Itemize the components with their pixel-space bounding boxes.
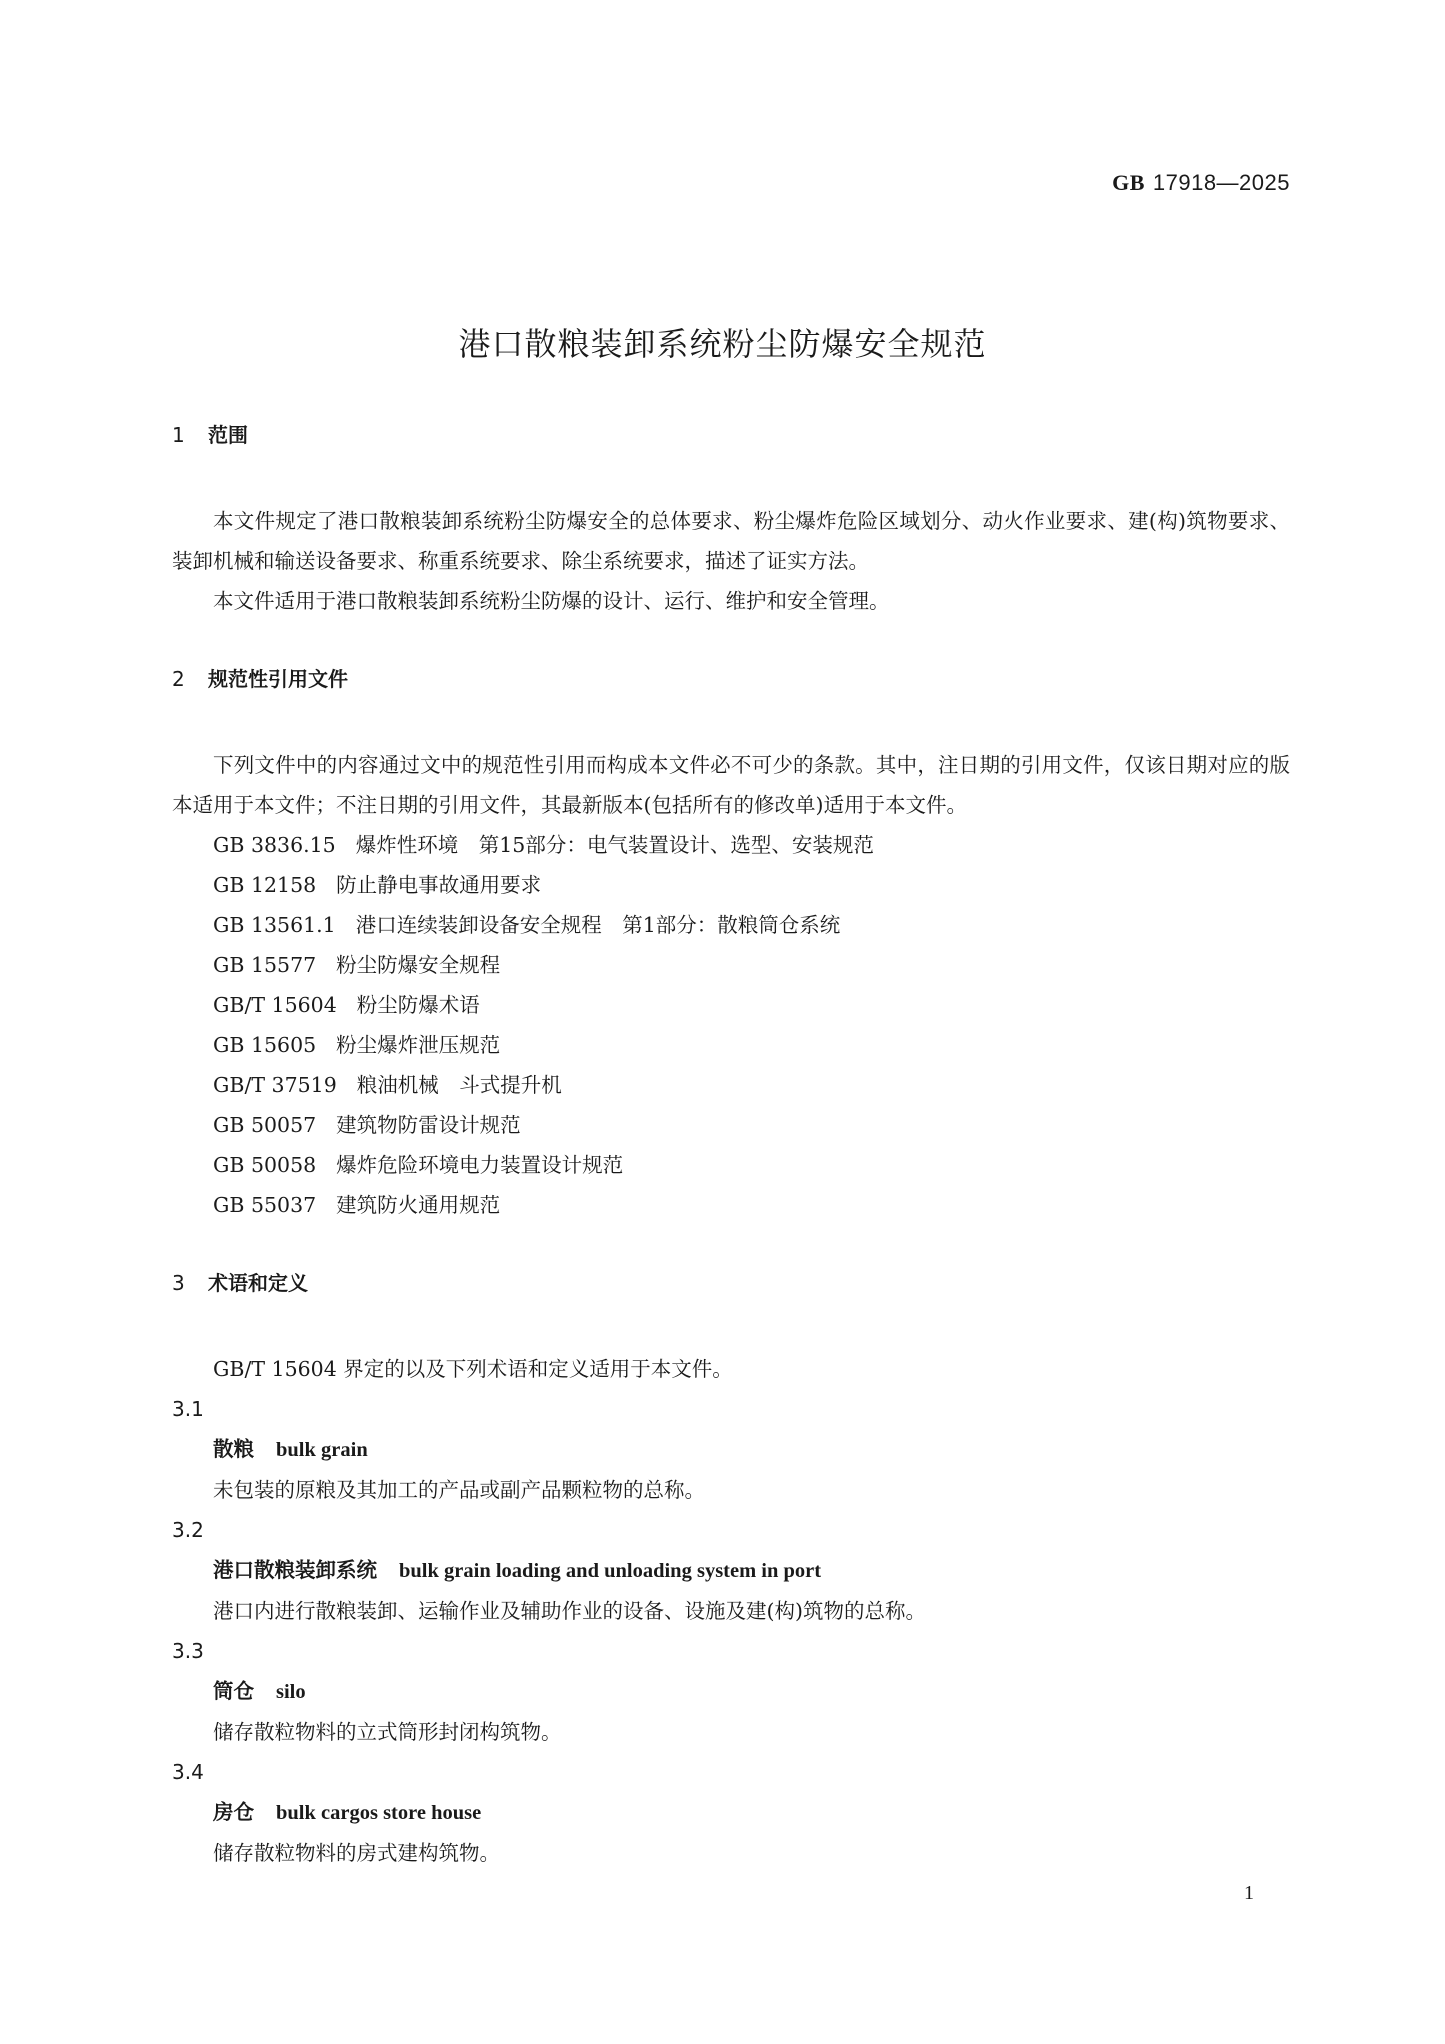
reference-item: GB 50057建筑物防雷设计规范 <box>172 1105 1290 1145</box>
reference-item: GB 3836.15爆炸性环境 第15部分：电气装置设计、选型、安装规范 <box>172 825 1290 865</box>
reference-item: GB 15605粉尘爆炸泄压规范 <box>172 1025 1290 1065</box>
reference-title: 粉尘防爆术语 <box>357 993 480 1017</box>
paragraph: 下列文件中的内容通过文中的规范性引用而构成本文件必不可少的条款。其中，注日期的引… <box>172 745 1290 825</box>
standard-number: 17918—2025 <box>1153 170 1290 195</box>
term-entry: 3.4 房仓bulk cargos store house 储存散粒物料的房式建… <box>172 1752 1290 1873</box>
reference-title: 粉尘爆炸泄压规范 <box>336 1033 500 1057</box>
document-title: 港口散粮装卸系统粉尘防爆安全规范 <box>0 319 1445 365</box>
reference-code: GB 12158 <box>213 865 316 905</box>
document-page: GB17918—2025 港口散粮装卸系统粉尘防爆安全规范 1范围 本文件规定了… <box>0 0 1445 2044</box>
reference-code: GB 15605 <box>213 1025 316 1065</box>
section-title: 范围 <box>208 423 248 447</box>
reference-title: 爆炸性环境 第15部分：电气装置设计、选型、安装规范 <box>356 833 874 857</box>
reference-item: GB 55037建筑防火通用规范 <box>172 1185 1290 1225</box>
term-name-zh: 港口散粮装卸系统 <box>213 1558 377 1582</box>
term-name: 散粮bulk grain <box>172 1429 1290 1470</box>
section-terms-definitions: 3术语和定义 GB/T 15604 界定的以及下列术语和定义适用于本文件。 3.… <box>172 1263 1290 1873</box>
term-number: 3.2 <box>172 1510 1290 1550</box>
reference-code: GB 55037 <box>213 1185 316 1225</box>
term-name: 房仓bulk cargos store house <box>172 1792 1290 1833</box>
reference-title: 港口连续装卸设备安全规程 第1部分：散粮筒仓系统 <box>356 913 841 937</box>
term-name: 筒仓silo <box>172 1671 1290 1712</box>
reference-item: GB/T 15604粉尘防爆术语 <box>172 985 1290 1025</box>
term-definition: 港口内进行散粮装卸、运输作业及辅助作业的设备、设施及建(构)筑物的总称。 <box>172 1591 1290 1631</box>
section-title: 规范性引用文件 <box>208 667 348 691</box>
paragraph: 本文件适用于港口散粮装卸系统粉尘防爆的设计、运行、维护和安全管理。 <box>172 581 1290 621</box>
term-number: 3.4 <box>172 1752 1290 1792</box>
reference-code: GB 3836.15 <box>213 825 336 865</box>
term-name-en: bulk cargos store house <box>276 1802 481 1824</box>
term-entry: 3.1 散粮bulk grain 未包装的原粮及其加工的产品或副产品颗粒物的总称… <box>172 1389 1290 1510</box>
reference-code: GB 15577 <box>213 945 316 985</box>
section-title: 术语和定义 <box>208 1271 308 1295</box>
reference-title: 粮油机械 斗式提升机 <box>357 1073 562 1097</box>
section-number: 2 <box>172 659 208 699</box>
reference-code: GB/T 37519 <box>213 1065 337 1105</box>
section-scope: 1范围 本文件规定了港口散粮装卸系统粉尘防爆安全的总体要求、粉尘爆炸危险区域划分… <box>172 415 1290 621</box>
term-name-zh: 筒仓 <box>213 1679 254 1703</box>
reference-title: 粉尘防爆安全规程 <box>336 953 500 977</box>
reference-item: GB 15577粉尘防爆安全规程 <box>172 945 1290 985</box>
reference-item: GB 13561.1港口连续装卸设备安全规程 第1部分：散粮筒仓系统 <box>172 905 1290 945</box>
reference-list: GB 3836.15爆炸性环境 第15部分：电气装置设计、选型、安装规范 GB … <box>172 825 1290 1225</box>
section-number: 3 <box>172 1263 208 1303</box>
term-name-zh: 房仓 <box>213 1800 254 1824</box>
section-heading: 1范围 <box>172 415 1290 455</box>
term-entry: 3.3 筒仓silo 储存散粒物料的立式筒形封闭构筑物。 <box>172 1631 1290 1752</box>
term-name-en: bulk grain loading and unloading system … <box>399 1560 821 1582</box>
term-definition: 未包装的原粮及其加工的产品或副产品颗粒物的总称。 <box>172 1470 1290 1510</box>
term-number: 3.3 <box>172 1631 1290 1671</box>
term-number: 3.1 <box>172 1389 1290 1429</box>
section-number: 1 <box>172 415 208 455</box>
reference-code: GB/T 15604 <box>213 985 337 1025</box>
reference-title: 建筑防火通用规范 <box>336 1193 500 1217</box>
reference-code: GB 50057 <box>213 1105 316 1145</box>
term-name-en: bulk grain <box>276 1439 368 1461</box>
reference-item: GB/T 37519粮油机械 斗式提升机 <box>172 1065 1290 1105</box>
reference-title: 防止静电事故通用要求 <box>336 873 541 897</box>
reference-code: GB 50058 <box>213 1145 316 1185</box>
term-name-en: silo <box>276 1681 306 1703</box>
section-heading: 3术语和定义 <box>172 1263 1290 1303</box>
section-heading: 2规范性引用文件 <box>172 659 1290 699</box>
term-name: 港口散粮装卸系统bulk grain loading and unloading… <box>172 1550 1290 1591</box>
page-number: 1 <box>1244 1882 1254 1905</box>
reference-title: 爆炸危险环境电力装置设计规范 <box>336 1153 623 1177</box>
paragraph: 本文件规定了港口散粮装卸系统粉尘防爆安全的总体要求、粉尘爆炸危险区域划分、动火作… <box>172 501 1290 581</box>
term-definition: 储存散粒物料的立式筒形封闭构筑物。 <box>172 1712 1290 1752</box>
reference-title: 建筑物防雷设计规范 <box>336 1113 521 1137</box>
term-entry: 3.2 港口散粮装卸系统bulk grain loading and unloa… <box>172 1510 1290 1631</box>
term-definition: 储存散粒物料的房式建构筑物。 <box>172 1833 1290 1873</box>
reference-item: GB 12158防止静电事故通用要求 <box>172 865 1290 905</box>
standard-code: GB17918—2025 <box>1112 170 1290 196</box>
term-name-zh: 散粮 <box>213 1437 254 1461</box>
document-body: 1范围 本文件规定了港口散粮装卸系统粉尘防爆安全的总体要求、粉尘爆炸危险区域划分… <box>172 415 1290 1873</box>
reference-item: GB 50058爆炸危险环境电力装置设计规范 <box>172 1145 1290 1185</box>
paragraph: GB/T 15604 界定的以及下列术语和定义适用于本文件。 <box>172 1349 1290 1389</box>
standard-prefix: GB <box>1112 170 1145 195</box>
section-normative-references: 2规范性引用文件 下列文件中的内容通过文中的规范性引用而构成本文件必不可少的条款… <box>172 659 1290 1225</box>
reference-code: GB 13561.1 <box>213 905 336 945</box>
